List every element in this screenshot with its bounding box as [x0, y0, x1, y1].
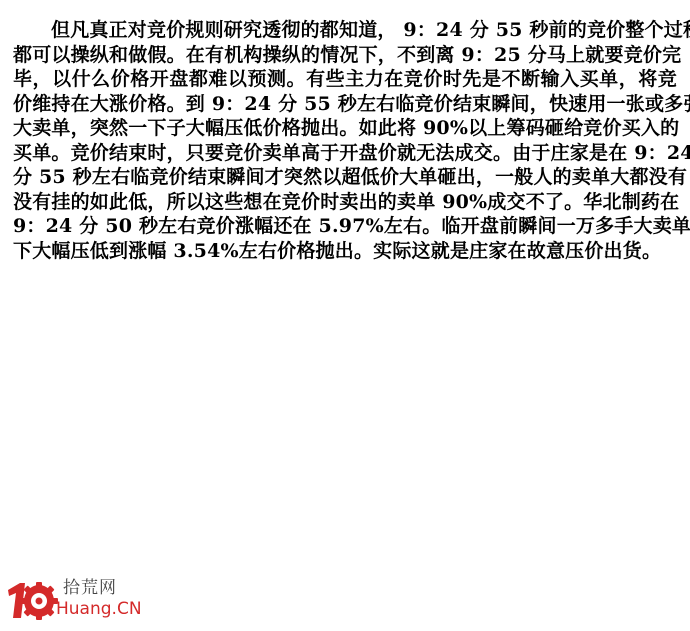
paragraph-line: 大卖单，突然一下子大幅压低价格抛出。如此将 90%以上筹码砸给竞价买入的: [13, 116, 677, 141]
paragraph-line: 买单。竞价结束时，只要竞价卖单高于开盘价就无法成交。由于庄家是在 9：24: [13, 141, 677, 166]
document-page: 但凡真正对竞价规则研究透彻的都知道， 9：24 分 55 秒前的竞价整个过程 都…: [0, 0, 690, 631]
paragraph-line: 没有挂的如此低，所以这些想在竞价时卖出的卖单 90%成交不了。华北制药在: [13, 190, 677, 215]
paragraph-line: 价维持在大涨价格。到 9：24 分 55 秒左右临竞价结束瞬间，快速用一张或多张: [13, 92, 677, 117]
paragraph-line: 都可以操纵和做假。在有机构操纵的情况下，不到离 9：25 分马上就要竞价完: [13, 43, 677, 68]
paragraph-line: 下大幅压低到涨幅 3.54%左右价格抛出。实际这就是庄家在故意压价出货。: [13, 239, 677, 264]
paragraph-line: 毕，以什么价格开盘都难以预测。有些主力在竞价时先是不断输入买单，将竞: [13, 67, 677, 92]
watermark-logo: 拾荒网 Huang.CN: [6, 578, 146, 624]
paragraph-line: 但凡真正对竞价规则研究透彻的都知道， 9：24 分 55 秒前的竞价整个过程: [13, 18, 677, 43]
paragraph-line: 分 55 秒左右临竞价结束瞬间才突然以超低价大单砸出，一般人的卖单大都没有: [13, 165, 677, 190]
logo-name-en: Huang.CN: [56, 598, 142, 620]
logo-name-cn: 拾荒网: [63, 578, 117, 598]
body-paragraph: 但凡真正对竞价规则研究透彻的都知道， 9：24 分 55 秒前的竞价整个过程 都…: [13, 18, 677, 263]
paragraph-line: 9：24 分 50 秒左右竞价涨幅还在 5.97%左右。临开盘前瞬间一万多手大卖…: [13, 214, 677, 239]
logo-10-gear-icon: [6, 580, 58, 620]
